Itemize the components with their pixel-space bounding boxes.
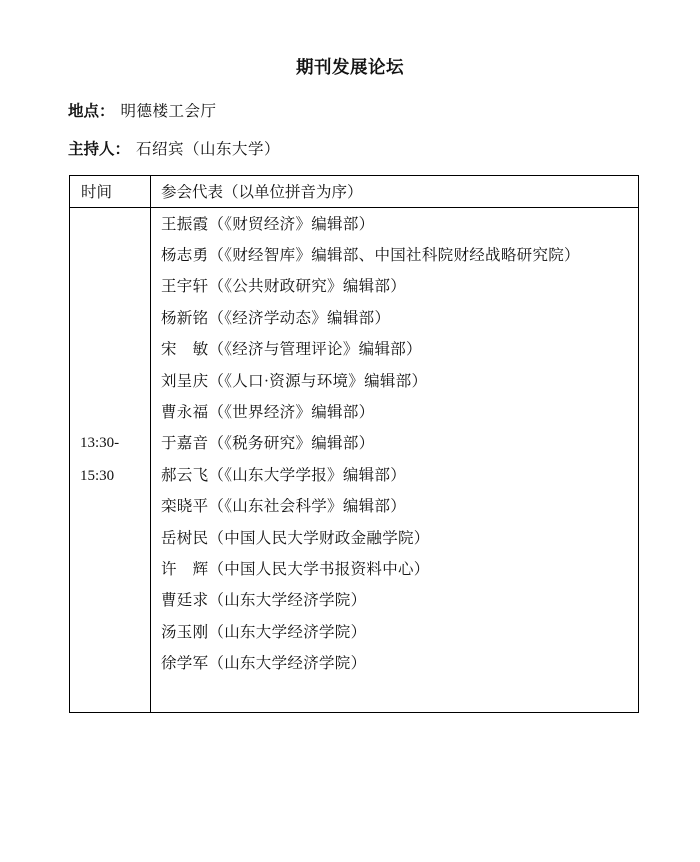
participant-row: 王振霞（《财贸经济》编辑部） bbox=[161, 209, 632, 240]
schedule-table: 时间 参会代表（以单位拼音为序） 13:30- 15:30 王振霞（《财贸经济》… bbox=[69, 175, 639, 713]
host-line: 主持人：石绍宾（山东大学） bbox=[68, 137, 280, 159]
participant-row: 栾晓平（《山东社会科学》编辑部） bbox=[161, 491, 632, 522]
time-column-header: 时间 bbox=[70, 176, 151, 207]
time-cell: 13:30- 15:30 bbox=[70, 208, 151, 713]
participant-row: 徐学军（山东大学经济学院） bbox=[161, 648, 632, 679]
participant-row: 郝云飞（《山东大学学报》编辑部） bbox=[161, 460, 632, 491]
participant-row: 许 辉（中国人民大学书报资料中心） bbox=[161, 554, 632, 585]
participant-row: 杨新铭（《经济学动态》编辑部） bbox=[161, 303, 632, 334]
host-label: 主持人： bbox=[68, 140, 130, 158]
participant-row: 于嘉音（《税务研究》编辑部） bbox=[161, 428, 632, 459]
participant-row: 岳树民（中国人民大学财政金融学院） bbox=[161, 523, 632, 554]
document-page: 期刊发展论坛 地点：明德楼工会厅 主持人：石绍宾（山东大学） 时间 参会代表（以… bbox=[0, 0, 700, 862]
participants-cell: 王振霞（《财贸经济》编辑部） 杨志勇（《财经智库》编辑部、中国社科院财经战略研究… bbox=[151, 208, 638, 713]
location-line: 地点：明德楼工会厅 bbox=[68, 99, 217, 121]
time-start: 13:30- bbox=[80, 427, 150, 460]
host-value: 石绍宾（山东大学） bbox=[136, 141, 280, 158]
participants-column-header: 参会代表（以单位拼音为序） bbox=[151, 176, 638, 207]
time-end: 15:30 bbox=[80, 460, 150, 493]
table-body-row: 13:30- 15:30 王振霞（《财贸经济》编辑部） 杨志勇（《财经智库》编辑… bbox=[70, 208, 638, 713]
participant-row: 曹永福（《世界经济》编辑部） bbox=[161, 397, 632, 428]
participant-row: 杨志勇（《财经智库》编辑部、中国社科院财经战略研究院） bbox=[161, 240, 632, 271]
participant-row: 宋 敏（《经济与管理评论》编辑部） bbox=[161, 334, 632, 365]
table-header-row: 时间 参会代表（以单位拼音为序） bbox=[70, 176, 638, 208]
participant-row: 汤玉刚（山东大学经济学院） bbox=[161, 617, 632, 648]
participant-row: 刘呈庆（《人口·资源与环境》编辑部） bbox=[161, 366, 632, 397]
location-label: 地点： bbox=[68, 102, 115, 120]
location-value: 明德楼工会厅 bbox=[121, 103, 217, 120]
participant-row: 王宇轩（《公共财政研究》编辑部） bbox=[161, 271, 632, 302]
participant-row: 曹廷求（山东大学经济学院） bbox=[161, 585, 632, 616]
page-title: 期刊发展论坛 bbox=[0, 54, 700, 79]
